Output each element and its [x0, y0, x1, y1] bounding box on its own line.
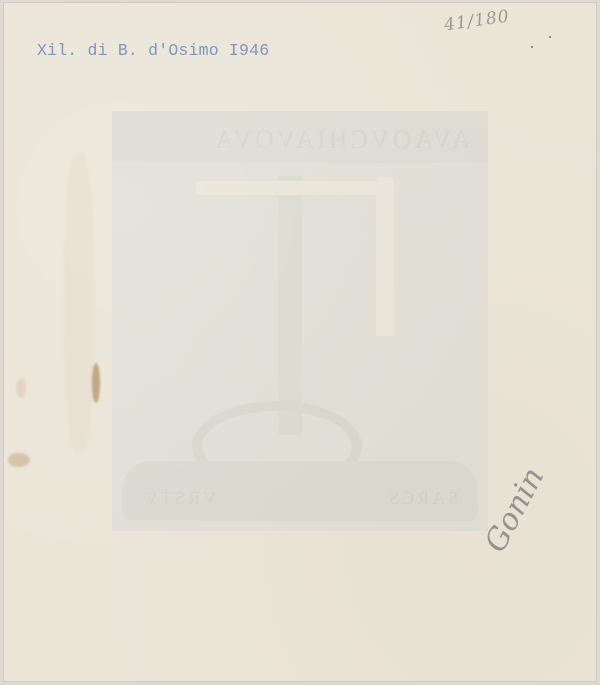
- foxing-stain: [16, 378, 26, 398]
- typed-caption: Xil. di B. d'Osimo I946: [37, 41, 269, 60]
- discoloration-stain: [64, 153, 94, 453]
- foxing-stain: [92, 363, 100, 403]
- paper-speck: [549, 36, 551, 38]
- print-title-text: AVAOVCHIAVOVA: [130, 125, 470, 155]
- foxing-stain: [8, 453, 30, 467]
- print-horizontal-bar: [196, 181, 386, 195]
- pencil-signature: Gonin: [478, 462, 551, 558]
- print-vertical-bar: [376, 177, 394, 337]
- paper-speck: [531, 46, 533, 48]
- print-ribbon-text: SARCS VRSTV: [142, 488, 458, 509]
- pencil-edition-number: 41/180: [443, 7, 511, 36]
- ribbon-text-left: SARCS: [386, 488, 458, 509]
- ribbon-text-right: VRSTV: [142, 488, 216, 509]
- print-stem-shape: [278, 175, 302, 435]
- paper-sheet: Xil. di B. d'Osimo I946 41/180 AVAOVCHIA…: [3, 2, 597, 682]
- show-through-print: AVAOVCHIAVOVA SARCS VRSTV: [112, 111, 488, 531]
